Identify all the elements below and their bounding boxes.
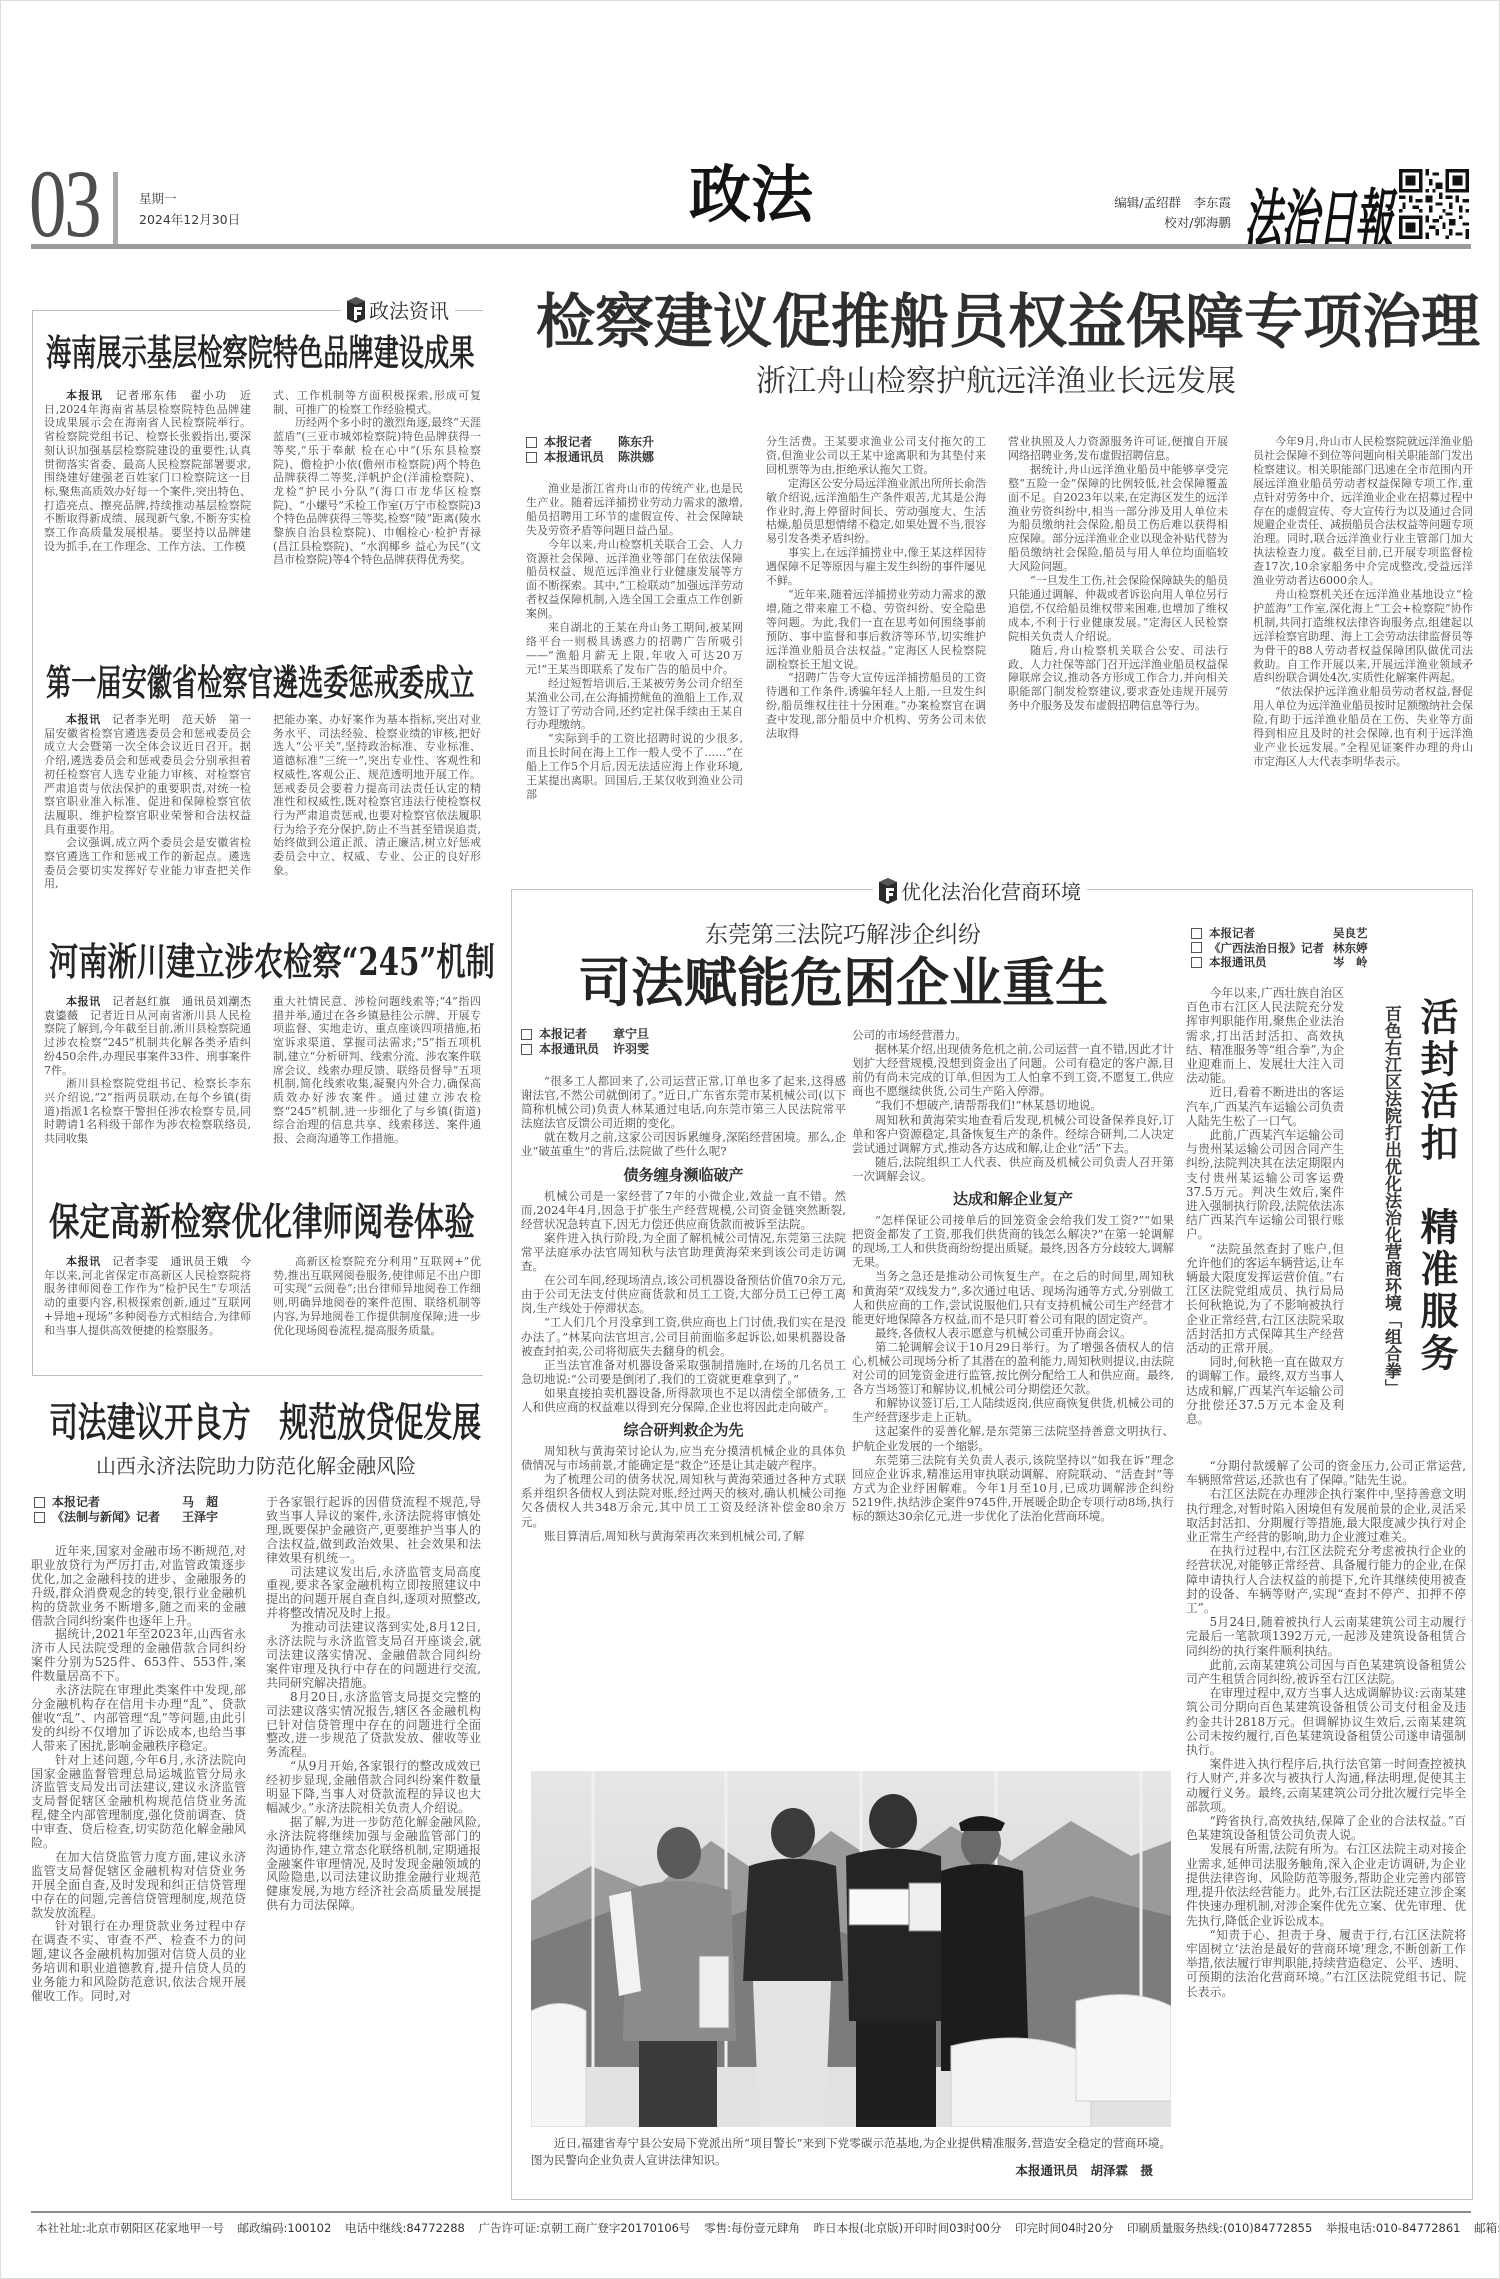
byline-box-icon	[526, 452, 537, 463]
article-kicker-dongguan: 东莞第三法院巧解涉企纠纷	[641, 924, 1045, 947]
article-column: “分期付款缓解了公司的资金压力,公司正常运营,车辆照常营运,还款也有了保障。”陆…	[1186, 1459, 1466, 2197]
article-paragraph: 发展有所需,法院有所为。右江区法院主动对接企业需求,延伸司法服务触角,深入企业走…	[1186, 1842, 1466, 1927]
article-paragraph: “我们不想破产,请帮帮我们!”林某恳切地说。	[852, 1098, 1174, 1112]
byline-name: 岑 岭	[1333, 955, 1368, 970]
footer-rule	[31, 2211, 1471, 2213]
article-paragraph: “工人们几个月没拿到工资,供应商也上门讨债,我们实在是没办法了。”林某向法官坦言…	[521, 1315, 846, 1357]
lead-headline: 检察建议促推船员权益保障专项治理	[536, 292, 1480, 351]
article-paragraph: 同时,何秋艳一直在做双方的调解工作。最终,双方当事人达成和解,广西某汽车运输公司…	[1186, 1355, 1344, 1426]
article-paragraph: 式、工作机制等方面积极探索,形成可复制、可推广的检察工作经验模式。	[273, 389, 481, 416]
article-paragraph: “依法保护远洋渔业船员劳动者权益,督促用人单位为远洋渔业船员按时足额缴纳社会保险…	[1253, 685, 1473, 768]
article-paragraph: 渔业是浙江省舟山市的传统产业,也是民生产业。随着远洋捕捞业劳动力需求的激增,船员…	[526, 482, 743, 538]
byline-name: 吴良艺	[1333, 926, 1368, 941]
article-paragraph: 公司的市场经营潜力。	[852, 1028, 1174, 1042]
section-label-text: 优化法治化营商环境	[901, 876, 1081, 905]
byline-row: 本报通讯员许羽雯	[521, 1042, 649, 1057]
article-paragraph: 如果直接拍卖机器设备,所得款项也不足以清偿全部债务,工人和供应商的权益难以得到充…	[521, 1386, 846, 1414]
article-paragraph: 东莞第三法院有关负责人表示,该院坚持以“如我在诉”理念回应企业诉求,精准运用审执…	[852, 1453, 1174, 1523]
byline-row: 本报通讯员陈洪娜	[526, 450, 654, 465]
article-paragraph: 据统计,舟山远洋渔业船员中能够享受完整“五险一金”保障的比例较低,社会保障覆盖面…	[1008, 463, 1228, 574]
article-paragraph: 近日,看着不断进出的客运汽车,广西某汽车运输公司负责人陆先生松了一口气。	[1186, 1085, 1344, 1128]
byline-label: 本报记者	[1209, 926, 1333, 941]
article-column: 式、工作机制等方面积极探索,形成可复制、可推广的检察工作经验模式。 历经两个多小…	[273, 389, 481, 631]
article-paragraph: 把能办案、办好案作为基本指标,突出对业务水平、司法经验、检察业绩的审核,把好选人…	[273, 713, 481, 877]
article-paragraph: 周知秋与黄海荣讨论认为,应当充分摸清机械企业的具体负债情况与市场前景,才能确定是…	[521, 1444, 846, 1472]
article-paragraph: 淅川县检察院党组书记、检察长李东兴介绍说,“2”指两员联动,在每个乡镇(街道)指…	[44, 1077, 251, 1146]
news-photo	[531, 1771, 1171, 2127]
article-paragraph: 当务之急还是推动公司恢复生产。在之后的时间里,周知秋和黄海荣“双线发力”,多次通…	[852, 1269, 1174, 1325]
footer-ad-license: 广告许可证:京朝工商广登字20170106号	[479, 2221, 691, 2235]
article-paragraph: “实际到手的工资比招聘时说的少很多,而且长时间在海上工作一般人受不了……”在船上…	[526, 732, 743, 802]
byline-name: 马 超	[182, 1495, 218, 1510]
footer-quality-hotline: 印刷质量服务热线:(010)84772855	[1127, 2221, 1312, 2235]
article-paragraph: “从9月开始,各家银行的整改成效已经初步显现,金融借款合同纠纷案件数量明显下降,…	[266, 1760, 481, 1816]
article-column: 公司的市场经营潜力。 据林某介绍,出现债务危机之前,公司运营一直不错,因此才计划…	[852, 1028, 1174, 1764]
dateline: 本报讯	[66, 389, 103, 402]
article-headline-henan: 河南淅川建立涉农检察“245”机制	[49, 943, 495, 981]
article-column: 高新区检察院充分利用“互联网+”优势,推出互联网阅卷服务,使律师足不出户即可实现…	[273, 1255, 481, 1353]
article-column: 把能办案、办好案作为基本指标,突出对业务水平、司法经验、检察业绩的审核,把好选人…	[273, 713, 481, 909]
article-paragraph: 此前,云南某建筑公司因与百色某建筑设备租赁公司产生租赁合同纠纷,被诉至右江区法院…	[1186, 1658, 1466, 1686]
editors-credit: 编辑/孟绍群 李东霞	[1061, 193, 1231, 211]
article-headline-baoding: 保定高新检察优化律师阅卷体验	[49, 1203, 475, 1241]
issue-date: 2024年12月30日	[139, 210, 240, 228]
section-label-business-env: 优化法治化营商环境	[873, 876, 1087, 905]
byline-baise: 本报记者吴良艺 《广西法治日报》记者林东婷 本报通讯员岑 岭	[1191, 926, 1368, 970]
article-column: “很多工人都回来了,公司运营正常,订单也多了起来,这得感谢法官,不然公司就倒闭了…	[521, 1074, 846, 1764]
article-paragraph: “法院虽然查封了账户,但允许他们的客运车辆营运,让车辆最大限度发挥运营价值。”右…	[1186, 1242, 1344, 1356]
byline-box-icon	[1191, 942, 1202, 953]
article-headline-hainan: 海南展示基层检察院特色品牌建设成果	[46, 335, 474, 371]
footer-report-phone: 举报电话:010-84772861	[1326, 2221, 1461, 2235]
byline-label: 本报通讯员	[544, 450, 618, 465]
byline-name: 章宁旦	[613, 1027, 649, 1042]
article-paragraph: 历经两个多小时的激烈角逐,最终“天涯蓝盾”(三亚市城郊检察院)特色品牌获得一等奖…	[273, 416, 481, 567]
article-column: 渔业是浙江省舟山市的传统产业,也是民生产业。随着远洋捕捞业劳动力需求的激增,船员…	[526, 482, 743, 862]
article-subhead: 债务缠身濒临破产	[521, 1165, 846, 1185]
byline-box-icon	[34, 1512, 45, 1523]
article-paragraph: 今年以来,舟山检察机关联合工会、人力资源社会保障、远洋渔业等部门在依法保障船员权…	[526, 538, 743, 621]
reporters: 记者李光明 范天娇	[112, 713, 216, 726]
paragraph-text: 第一届安徽省检察官遴选委员会和惩戒委员会成立大会暨第一次全体会议近日召开。据介绍…	[44, 713, 251, 836]
article-paragraph: 就在数月之前,这家公司因诉累缠身,深陷经营困境。那么,企业“破茧重生”的背后,法…	[521, 1130, 846, 1158]
byline-label: 本报记者	[544, 435, 618, 450]
byline-row: 本报记者吴良艺	[1191, 926, 1368, 941]
article-paragraph: 随后,法院组织工人代表、供应商及机械公司负责人召开第一次调解会议。	[852, 1155, 1174, 1183]
article-paragraph: 分生活费。王某要求渔业公司支付拖欠的工资,但渔业公司以王某中途离职和为其垫付来回…	[766, 435, 986, 477]
article-paragraph: 本报讯 记者邢东伟 翟小功 近日,2024年海南省基层检察院特色品牌建设成果展示…	[44, 389, 251, 553]
article-paragraph: 最终,各债权人表示愿意与机械公司重开协商会议。	[852, 1326, 1174, 1340]
article-paragraph: 今年9月,舟山市人民检察院就远洋渔业船员社会保障不到位等问题向相关职能部门发出检…	[1253, 435, 1473, 588]
article-paragraph: 今年以来,广西壮族自治区百色市右江区人民法院充分发挥审判职能作用,聚焦企业法治需…	[1186, 986, 1344, 1085]
article-paragraph: “怎样保证公司接单后的回笼资金会给我们发工资?”“如果把资金都发了工资,那我们供…	[852, 1213, 1174, 1269]
article-paragraph: 机械公司是一家经营了7年的小微企业,效益一直不错。然而,2024年4月,因急于扩…	[521, 1189, 846, 1231]
article-paragraph: 会议强调,成立两个委员会是安徽省检察官遴选工作和惩戒工作的新起点。遴选委员会要切…	[44, 836, 251, 891]
article-paragraph: 账目算清后,周知秋与黄海荣再次来到机械公司,了解	[521, 1529, 846, 1543]
byline-row: 《法制与新闻》记者王泽宇	[34, 1510, 218, 1525]
article-headline-dongguan: 司法赋能危困企业重生	[571, 957, 1115, 1010]
article-headline-shanxi: 司法建议开良方 规范放贷促发展	[49, 1403, 481, 1443]
article-paragraph: 舟山检察机关还在远洋渔业基地设立“检护蓝海”工作室,深化海上“工会+检察院”协作…	[1253, 588, 1473, 685]
article-subtitle-shanxi: 山西永济法院助力防范化解金融风险	[31, 1456, 481, 1476]
page-section-title: 政法	[681, 161, 821, 229]
article-paragraph: 本报讯 记者赵红旗 通讯员刘潮杰 袁鎏薇 记者近日从河南省淅川县人民检察院了解到…	[44, 995, 251, 1077]
byline-row: 本报记者章宁旦	[521, 1027, 649, 1042]
byline-name: 许羽雯	[613, 1042, 649, 1057]
article-paragraph: 在公司车间,经现场清点,该公司机器设备预估价值70余万元,由于公司无法支付供应商…	[521, 1273, 846, 1315]
byline-label: 本报记者	[539, 1027, 613, 1042]
qr-code-icon	[1399, 169, 1469, 239]
byline-label: 本报通讯员	[1209, 955, 1333, 970]
byline-row: 本报记者马 超	[34, 1495, 218, 1510]
article-headline-anhui: 第一届安徽省检察官遴选委惩戒委成立	[46, 665, 474, 701]
article-paragraph: 正当法官准备对机器设备采取强制措施时,在场的几名员工急切地说:“公司要是倒闭了,…	[521, 1358, 846, 1386]
article-paragraph: 第二轮调解会议于10月29日举行。为了增强各债权人的信心,机械公司现场分析了其潜…	[852, 1340, 1174, 1396]
article-paragraph: “知责于心、担责于身、履责于行,右江区法院将牢固树立‘法治是最好的营商环境’理念…	[1186, 1928, 1466, 1999]
article-paragraph: “跨省执行,高效执结,保障了企业的合法权益。”百色某建筑设备租赁公司负责人说。	[1186, 1814, 1466, 1842]
lead-subtitle: 浙江舟山检察护航远洋渔业长远发展	[756, 367, 1236, 397]
article-paragraph: “招聘广告夸大宣传远洋捕捞船员的工资待遇和工作条件,诱骗年轻人上船,一旦发生纠纷…	[766, 671, 986, 741]
byline-box-icon	[34, 1497, 45, 1508]
byline-name: 陈洪娜	[618, 450, 654, 465]
publisher-footer: 本社社址:北京市朝阳区花家地甲一号 邮政编码:100102 电话中继线:8477…	[31, 2220, 1471, 2236]
paragraph-text: 近日,2024年海南省基层检察院特色品牌建设成果展示会在海南省人民检察院举行。省…	[44, 389, 251, 553]
dateline: 本报讯	[66, 1255, 101, 1268]
section-label-text: 政法资讯	[369, 295, 449, 324]
article-paragraph: 来自湖北的王某在舟山务工期间,被某网络平台一则极具诱惑力的招聘广告所吸引——“渔…	[526, 621, 743, 677]
byline-name: 林东婷	[1333, 941, 1368, 956]
section-label-politics-news: 政法资讯	[341, 295, 455, 324]
article-paragraph: 周知秋和黄海荣实地查看后发现,机械公司设备保养良好,订单和客户资源稳定,具备恢复…	[852, 1113, 1174, 1155]
article-paragraph: 为了梳理公司的债务状况,周知秋与黄海荣通过各种方式联系并组织各债权人到法院对账,…	[521, 1472, 846, 1528]
footer-postcode: 邮政编码:100102	[238, 2221, 332, 2235]
article-paragraph: 针对上述问题,今年6月,永济法院向国家金融监督管理总局运城监管分局永济监管支局发…	[31, 1754, 246, 1851]
byline-row: 本报记者陈东升	[526, 435, 654, 450]
section-f-icon	[347, 297, 365, 323]
byline-shanxi: 本报记者马 超 《法制与新闻》记者王泽宇	[34, 1495, 218, 1525]
article-paragraph: 案件进入执行阶段,为全面了解机械公司情况,东莞第三法院常平法庭承办法官周知秋与法…	[521, 1231, 846, 1273]
article-paragraph: 8月20日,永济监管支局提交完整的司法建议落实情况报告,辖区各金融机构已针对信贷…	[266, 1691, 481, 1761]
article-column: 本报讯 记者赵红旗 通讯员刘潮杰 袁鎏薇 记者近日从河南省淅川县人民检察院了解到…	[44, 995, 251, 1165]
article-paragraph: 本报讯 记者李雯 通讯员王娥 今年以来,河北省保定市高新区人民检察院将服务律师阅…	[44, 1255, 251, 1337]
article-column: 近年来,国家对金融市场不断规范,对职业放贷行为严厉打击,对监管政策逐步优化,加之…	[31, 1545, 246, 2201]
article-column: 本报讯 记者邢东伟 翟小功 近日,2024年海南省基层检察院特色品牌建设成果展示…	[44, 389, 251, 631]
dateline: 本报讯	[66, 995, 101, 1008]
byline-row: 《广西法治日报》记者林东婷	[1191, 941, 1368, 956]
page-number: 03	[29, 156, 99, 252]
vertical-subtitle-baise: 百色右江区法院打出优化法治化营商环境「组合拳」	[1379, 1005, 1404, 1396]
dateline: 本报讯	[66, 713, 101, 726]
article-paragraph: 针对银行在办理贷款业务过程中存在调查不实、审查不严、检查不力的问题,建议各金融机…	[31, 1920, 246, 2003]
article-paragraph: 高新区检察院充分利用“互联网+”优势,推出互联网阅卷服务,使律师足不出户即可实现…	[273, 1255, 481, 1337]
footer-address: 本社社址:北京市朝阳区花家地甲一号	[36, 2221, 224, 2235]
article-paragraph: 本报讯 记者李光明 范天娇 第一届安徽省检察官遴选委员会和惩戒委员会成立大会暨第…	[44, 713, 251, 836]
footer-print-end: 印完时间04时20分	[1015, 2221, 1113, 2235]
article-column: 于各家银行起诉的因借贷流程不规范,导致当事人异议的案件,永济法院将审慎处理,既要…	[266, 1496, 481, 2201]
article-column: 营业执照及人力资源服务许可证,便擅自开展网络招聘业务,发布虚假招聘信息。 据统计…	[1008, 435, 1228, 862]
article-column: 本报讯 记者李光明 范天娇 第一届安徽省检察官遴选委员会和惩戒委员会成立大会暨第…	[44, 713, 251, 909]
byline-zhoushan: 本报记者陈东升 本报通讯员陈洪娜	[526, 435, 654, 465]
article-paragraph: “很多工人都回来了,公司运营正常,订单也多了起来,这得感谢法官,不然公司就倒闭了…	[521, 1074, 846, 1130]
article-paragraph: “一旦发生工伤,社会保险保障缺失的船员只能通过调解、仲裁或者诉讼向用人单位另行追…	[1008, 574, 1228, 644]
article-paragraph: 右江区法院在办理涉企执行案件中,坚持善意文明执行理念,对暂时陷入困境但有发展前景…	[1186, 1487, 1466, 1544]
article-paragraph: 案件进入执行程序后,执行法官第一时间查控被执行人财产,并多次与被执行人沟通,释法…	[1186, 1757, 1466, 1814]
byline-box-icon	[521, 1029, 532, 1040]
article-paragraph: 事实上,在远洋捕捞业中,像王某这样因待遇保障不足等原因与雇主发生纠纷的事件屡见不…	[766, 546, 986, 588]
byline-row: 本报通讯员岑 岭	[1191, 955, 1368, 970]
byline-label: 本报记者	[52, 1495, 182, 1510]
article-column: 本报讯 记者李雯 通讯员王娥 今年以来,河北省保定市高新区人民检察院将服务律师阅…	[44, 1255, 251, 1353]
article-paragraph: 于各家银行起诉的因借贷流程不规范,导致当事人异议的案件,永济法院将审慎处理,既要…	[266, 1496, 481, 1566]
article-paragraph: 此前,广西某汽车运输公司与贵州某运输公司因合同产生纠纷,法院判决其在法定期限内支…	[1186, 1128, 1344, 1242]
footer-price: 零售:每份壹元肆角	[704, 2221, 800, 2235]
proofreader-credit: 校对/郭海鹏	[1061, 213, 1231, 231]
article-paragraph: 据了解,为进一步防范化解金融风险,永济法院将继续加强与金融监管部门的沟通协作,建…	[266, 1816, 481, 1913]
byline-label: 本报通讯员	[539, 1042, 613, 1057]
article-column: 分生活费。王某要求渔业公司支付拖欠的工资,但渔业公司以王某中途离职和为其垫付来回…	[766, 435, 986, 862]
vertical-headline-baise: 活封活扣 精准服务	[1409, 997, 1464, 1375]
article-paragraph: 在审理过程中,双方当事人达成调解协议:云南某建筑公司分期向百色某建筑设备租赁公司…	[1186, 1686, 1466, 1757]
article-paragraph: 这起案件的妥善化解,是东莞第三法院坚持善意文明执行、护航企业发展的一个缩影。	[852, 1424, 1174, 1452]
article-paragraph: 5月24日,随着被执行人云南某建筑公司主动履行完最后一笔款项1392万元,一起涉…	[1186, 1615, 1466, 1658]
article-paragraph: 经过短暂培训后,王某被劳务公司介绍至某渔业公司,在公海捕捞鱿鱼的渔船上工作,双方…	[526, 677, 743, 733]
article-paragraph: 随后,舟山检察机关联合公安、司法行政、人力社保等部门召开远洋渔业船员权益保障联席…	[1008, 644, 1228, 714]
masthead-rule	[31, 244, 1471, 249]
article-subhead: 达成和解企业复产	[852, 1189, 1174, 1209]
article-paragraph: “近年来,随着远洋捕捞业劳动力需求的激增,随之带来雇工不稳、劳资纠纷、安全隐患等…	[766, 588, 986, 671]
byline-name: 陈东升	[618, 435, 654, 450]
article-paragraph: 司法建议发出后,永济监管支局高度重视,要求各家金融机构立即按照建议中提出的问题开…	[266, 1566, 481, 1622]
article-subhead: 综合研判救企为先	[521, 1420, 846, 1440]
newspaper-page: 03 星期一 2024年12月30日 政法 编辑/孟绍群 李东霞 校对/郭海鹏 …	[0, 0, 1500, 2279]
section-f-icon	[879, 878, 897, 904]
article-paragraph: 永济法院在审理此类案件中发现,部分金融机构存在信用卡办理“乱”、贷款催收“乱”、…	[31, 1684, 246, 1754]
article-column: 重大社情民意、涉检问题线索等;“4”指四措并举,通过在各乡镇悬挂公示牌、开展专项…	[273, 995, 481, 1165]
page-number-divider	[113, 172, 118, 245]
byline-name: 王泽宇	[182, 1510, 218, 1525]
article-paragraph: 在执行过程中,右江区法院充分考虑被执行企业的经营状况,对能够正常经营、具备履行能…	[1186, 1544, 1466, 1615]
photo-credit: 本报通讯员 胡泽霖 摄	[931, 2161, 1153, 2179]
article-paragraph: 为推动司法建议落到实处,8月12日,永济法院与永济监管支局召开座谈会,就司法建议…	[266, 1621, 481, 1691]
footer-print-start: 昨日本报(北京版)开印时间03时00分	[814, 2221, 1002, 2235]
article-paragraph: 营业执照及人力资源服务许可证,便擅自开展网络招聘业务,发布虚假招聘信息。	[1008, 435, 1228, 463]
article-paragraph: 和解协议签订后,工人陆续返岗,供应商恢复供货,机械公司的生产经营逐步走上正轨。	[852, 1396, 1174, 1424]
footer-email: 邮箱:fzrb-jw@126.com	[1474, 2221, 1500, 2235]
article-paragraph: 定海区公安分局远洋渔业派出所所长俞浩敏介绍说,远洋渔船生产条件艰苦,尤其是公海作…	[766, 477, 986, 547]
article-paragraph: 据统计,2021年至2023年,山西省永济市人民法院受理的金融借款合同纠纷案件分…	[31, 1628, 246, 1684]
article-paragraph: “分期付款缓解了公司的资金压力,公司正常运营,车辆照常营运,还款也有了保障。”陆…	[1186, 1459, 1466, 1487]
byline-label: 《法制与新闻》记者	[52, 1510, 182, 1525]
byline-label: 《广西法治日报》记者	[1209, 941, 1333, 956]
reporters: 记者李雯 通讯员王娥	[112, 1255, 228, 1268]
article-column: 今年以来,广西壮族自治区百色市右江区人民法院充分发挥审判职能作用,聚焦企业法治需…	[1186, 986, 1344, 1456]
byline-box-icon	[526, 437, 537, 448]
byline-box-icon	[521, 1044, 532, 1055]
article-column: 今年9月,舟山市人民检察院就远洋渔业船员社会保障不到位等问题向相关职能部门发出检…	[1253, 435, 1473, 862]
footer-phone: 电话中继线:84772288	[345, 2221, 465, 2235]
byline-dongguan: 本报记者章宁旦 本报通讯员许羽雯	[521, 1027, 649, 1057]
byline-box-icon	[1191, 928, 1202, 939]
article-paragraph: 重大社情民意、涉检问题线索等;“4”指四措并举,通过在各乡镇悬挂公示牌、开展专项…	[273, 995, 481, 1146]
article-paragraph: 近年来,国家对金融市场不断规范,对职业放贷行为严厉打击,对监管政策逐步优化,加之…	[31, 1545, 246, 1628]
reporters: 记者邢东伟 翟小功	[116, 389, 228, 402]
article-paragraph: 据林某介绍,出现债务危机之前,公司运营一直不错,因此才计划扩大经营规模,没想到资…	[852, 1042, 1174, 1098]
article-paragraph: 在加大信贷监管力度方面,建议永济监管支局督促辖区金融机构对信贷业务开展全面自查,…	[31, 1851, 246, 1921]
weekday: 星期一	[139, 189, 177, 207]
byline-box-icon	[1191, 957, 1202, 968]
